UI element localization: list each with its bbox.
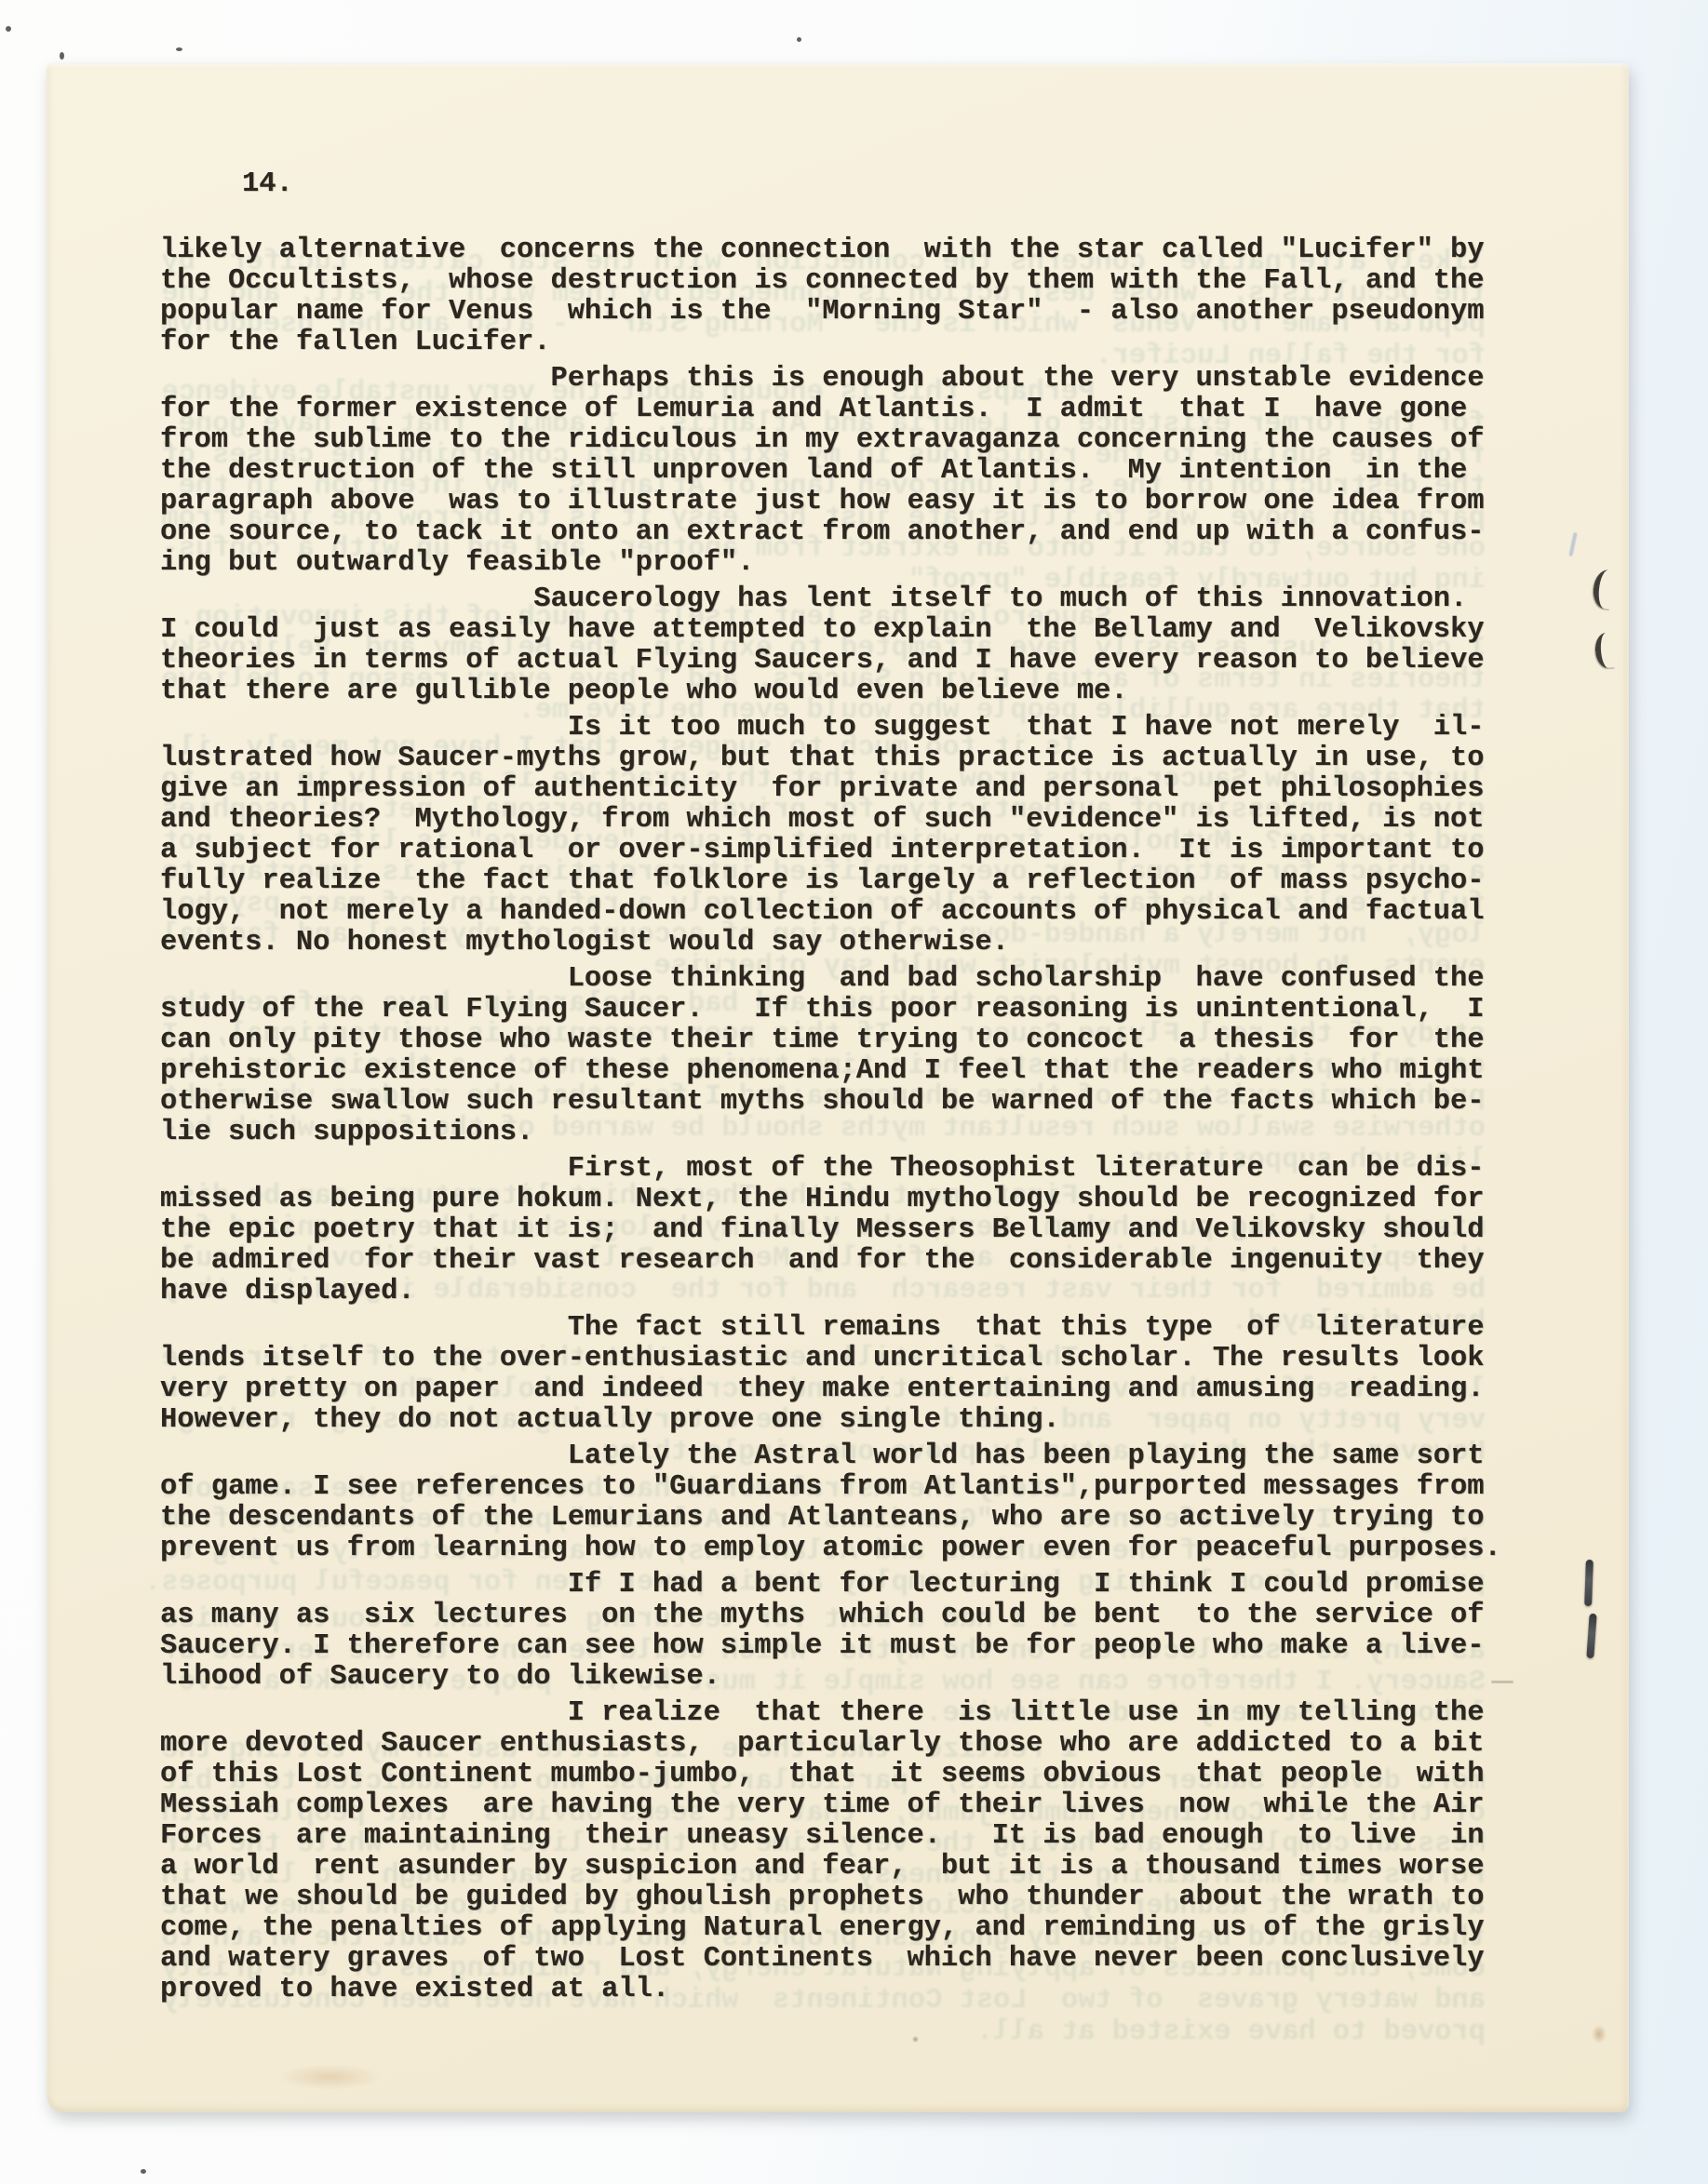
typed-line: However, they do not actually prove one … — [160, 1405, 1510, 1436]
dust-speck — [797, 37, 801, 42]
typed-line: a world rent asunder by suspicion and fe… — [160, 1852, 1510, 1883]
paragraph: The fact still remains that this type of… — [160, 1313, 1510, 1436]
typed-line: the Occultists, whose destruction is con… — [160, 266, 1510, 297]
typed-line: the descendants of the Lemurians and Atl… — [160, 1503, 1510, 1534]
typed-line: lustrated how Saucer-myths grow, but tha… — [160, 744, 1510, 774]
typed-line: and watery graves of two Lost Continents… — [160, 1944, 1510, 1975]
typed-line: the destruction of the still unproven la… — [160, 456, 1510, 487]
typed-line: Perhaps this is enough about the very un… — [160, 364, 1510, 395]
paper-stain — [912, 2036, 919, 2043]
dust-speck — [60, 52, 64, 60]
typed-line: First, most of the Theosophist literatur… — [160, 1154, 1510, 1185]
typed-line: The fact still remains that this type of… — [160, 1313, 1510, 1344]
typed-line: and theories? Mythology, from which most… — [160, 805, 1510, 836]
typed-line: popular name for Venus which is the "Mor… — [160, 297, 1510, 328]
typed-line: ing but outwardly feasible "proof". — [160, 548, 1510, 579]
typed-line: Saucerology has lent itself to much of t… — [160, 584, 1510, 615]
typed-line: come, the penalties of applying Natural … — [160, 1913, 1510, 1944]
paragraph: I realize that there is little use in my… — [160, 1698, 1510, 2005]
typed-line: can only pity those who waste their time… — [160, 1025, 1510, 1056]
typed-body: likely alternative concerns the connecti… — [160, 235, 1510, 2005]
paper-stain — [279, 2064, 382, 2090]
typed-line: have displayed. — [160, 1277, 1510, 1307]
typed-line: very pretty on paper and indeed they mak… — [160, 1374, 1510, 1405]
typed-line: Messiah complexes are having the very ti… — [160, 1790, 1510, 1821]
typed-line: study of the real Flying Saucer. If this… — [160, 995, 1510, 1025]
paper-stain — [1592, 2025, 1607, 2043]
staple-wire-icon — [1584, 1560, 1594, 1606]
staple-wire-icon — [1586, 1614, 1596, 1658]
paragraph: Saucerology has lent itself to much of t… — [160, 584, 1510, 707]
typed-line: likely alternative concerns the connecti… — [160, 235, 1510, 266]
typed-line: proved to have existed at all. — [160, 1975, 1510, 2005]
typed-line: paragraph above was to illustrate just h… — [160, 487, 1510, 517]
typed-line: theories in terms of actual Flying Sauce… — [160, 646, 1510, 677]
staple-wire-icon — [1594, 632, 1616, 668]
typed-line: logy, not merely a handed-down collectio… — [160, 897, 1510, 928]
typed-line: the epic poetry that it is; and finally … — [160, 1215, 1510, 1246]
staple-wire-icon — [1592, 569, 1614, 610]
paragraph: Is it too much to suggest that I have no… — [160, 713, 1510, 958]
dust-speck — [6, 26, 11, 32]
paragraph: Loose thinking and bad scholarship have … — [160, 964, 1510, 1148]
typed-line: give an impression of authenticity for p… — [160, 774, 1510, 805]
typed-line: of game. I see references to "Guardians … — [160, 1472, 1510, 1503]
typed-line: that there are gullible people who would… — [160, 677, 1510, 707]
typed-line: Is it too much to suggest that I have no… — [160, 713, 1510, 744]
typed-line: If I had a bent for lecturing I think I … — [160, 1570, 1510, 1601]
typed-line: more devoted Saucer enthusiasts, particu… — [160, 1729, 1510, 1760]
typed-line: prehistoric existence of these phenomena… — [160, 1056, 1510, 1087]
dust-speck — [176, 47, 182, 51]
typed-line: a subject for rational or over-simplifie… — [160, 836, 1510, 866]
paragraph: First, most of the Theosophist literatur… — [160, 1154, 1510, 1307]
typed-line: missed as being pure hokum. Next, the Hi… — [160, 1185, 1510, 1215]
typed-line: be admired for their vast research and f… — [160, 1246, 1510, 1277]
typed-line: from the sublime to the ridiculous in my… — [160, 425, 1510, 456]
typed-line: I realize that there is little use in my… — [160, 1698, 1510, 1729]
typed-line: I could just as easily have attempted to… — [160, 615, 1510, 646]
pen-mark — [1568, 532, 1577, 556]
typed-line: lends itself to the over-enthusiastic an… — [160, 1344, 1510, 1374]
typed-line: Forces are maintaining their uneasy sile… — [160, 1821, 1510, 1852]
paragraph: likely alternative concerns the connecti… — [160, 235, 1510, 358]
typed-line: lie such suppositions. — [160, 1118, 1510, 1148]
typed-line: Saucery. I therefore can see how simple … — [160, 1631, 1510, 1662]
dust-speck — [141, 2169, 146, 2174]
typed-line: fully realize the fact that folklore is … — [160, 866, 1510, 897]
typed-line: Loose thinking and bad scholarship have … — [160, 964, 1510, 995]
document-page: likely alternative concerns the connecti… — [47, 63, 1629, 2112]
paragraph: Lately the Astral world has been playing… — [160, 1441, 1510, 1564]
typed-line: for the fallen Lucifer. — [160, 328, 1510, 358]
typed-line: as many as six lectures on the myths whi… — [160, 1601, 1510, 1631]
page-number: 14. — [242, 169, 293, 200]
typed-line: one source, to tack it onto an extract f… — [160, 517, 1510, 548]
scan-background: likely alternative concerns the connecti… — [0, 0, 1708, 2184]
typed-line: Lately the Astral world has been playing… — [160, 1441, 1510, 1472]
typed-line: events. No honest mythologist would say … — [160, 928, 1510, 958]
paragraph: Perhaps this is enough about the very un… — [160, 364, 1510, 579]
typed-line: prevent us from learning how to employ a… — [160, 1534, 1510, 1564]
typed-line: for the former existence of Lemuria and … — [160, 395, 1510, 425]
typed-line: that we should be guided by ghoulish pro… — [160, 1883, 1510, 1913]
typed-line: of this Lost Continent mumbo-jumbo, that… — [160, 1760, 1510, 1790]
typed-line: proved to have existed at all. — [136, 2017, 1486, 2049]
typed-line: otherwise swallow such resultant myths s… — [160, 1087, 1510, 1118]
paragraph: If I had a bent for lecturing I think I … — [160, 1570, 1510, 1693]
typed-line: lihood of Saucery to do likewise. — [160, 1662, 1510, 1693]
